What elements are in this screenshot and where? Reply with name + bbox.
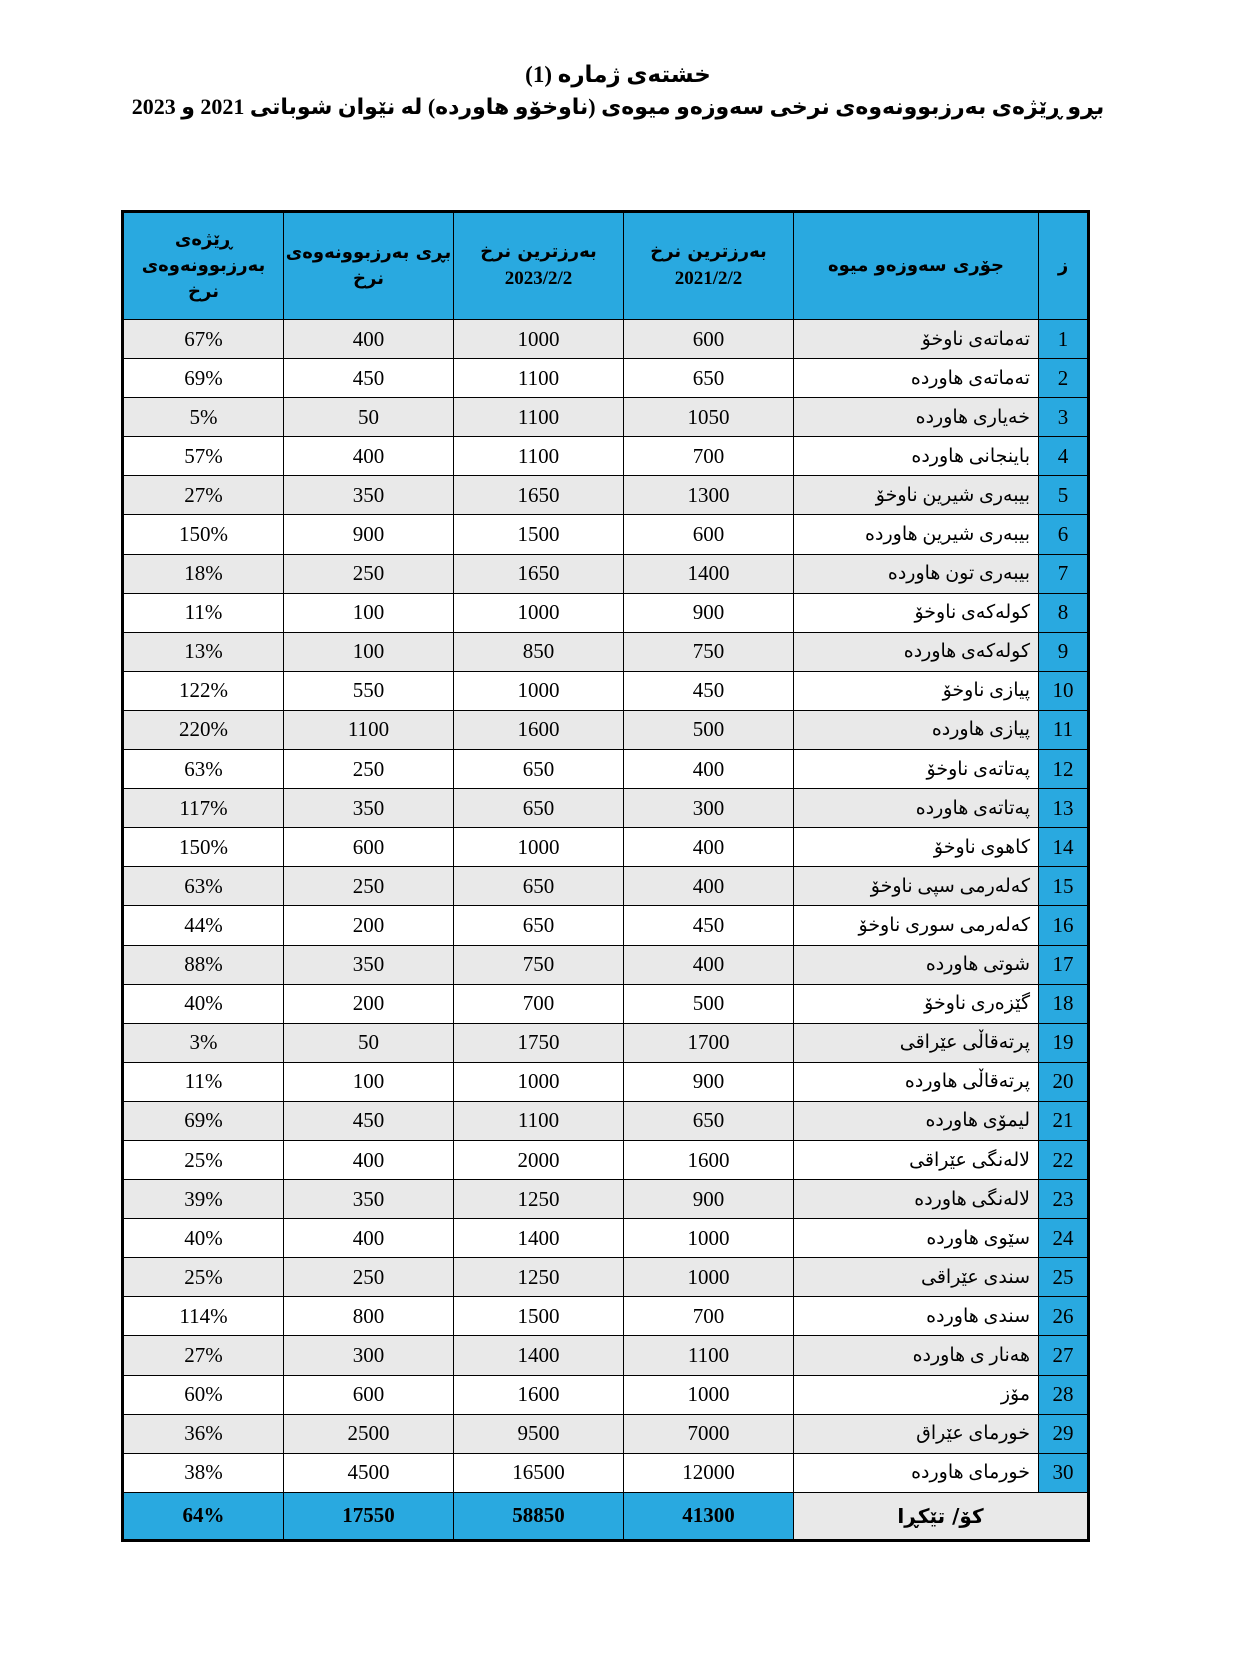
increase-percent: 150% [123, 515, 284, 554]
price-2023: 1000 [454, 828, 624, 867]
increase-percent: 69% [123, 1101, 284, 1140]
item-name: سێوی هاورده [794, 1219, 1039, 1258]
table-row: 11پیازی هاورده50016001100220% [123, 710, 1089, 749]
increase-amount: 600 [284, 828, 454, 867]
total-row: کۆ/ تێکڕا 41300 58850 17550 64% [123, 1492, 1089, 1540]
price-2023: 1000 [454, 671, 624, 710]
row-number: 26 [1039, 1297, 1089, 1336]
table-row: 24سێوی هاورده1000140040040% [123, 1219, 1089, 1258]
row-number: 4 [1039, 437, 1089, 476]
header-price-2023: بەرزترین نرخ 2023/2/2 [454, 212, 624, 320]
table-row: 13پەتاتەی هاورده300650350117% [123, 789, 1089, 828]
price-2021: 650 [624, 1101, 794, 1140]
item-name: کەلەرمی سوری ناوخۆ [794, 906, 1039, 945]
price-2023: 1500 [454, 515, 624, 554]
price-2023: 1000 [454, 320, 624, 359]
table-row: 5بیبەری شیرین ناوخۆ1300165035027% [123, 476, 1089, 515]
row-number: 13 [1039, 789, 1089, 828]
table-row: 22لالەنگی عێراقی1600200040025% [123, 1140, 1089, 1179]
increase-amount: 550 [284, 671, 454, 710]
row-number: 16 [1039, 906, 1089, 945]
price-2023: 650 [454, 906, 624, 945]
increase-percent: 122% [123, 671, 284, 710]
item-name: پیازی هاورده [794, 710, 1039, 749]
increase-amount: 250 [284, 1258, 454, 1297]
item-name: پیازی ناوخۆ [794, 671, 1039, 710]
header-price-2021-date: 2021/2/2 [624, 265, 793, 293]
row-number: 3 [1039, 398, 1089, 437]
table-row: 25سندی عێراقی1000125025025% [123, 1258, 1089, 1297]
price-2023: 1100 [454, 359, 624, 398]
increase-percent: 44% [123, 906, 284, 945]
increase-amount: 350 [284, 1180, 454, 1219]
price-2021: 300 [624, 789, 794, 828]
price-2023: 1100 [454, 398, 624, 437]
row-number: 5 [1039, 476, 1089, 515]
increase-percent: 40% [123, 984, 284, 1023]
table-row: 10پیازی ناوخۆ4501000550122% [123, 671, 1089, 710]
table-row: 26سندی هاورده7001500800114% [123, 1297, 1089, 1336]
row-number: 10 [1039, 671, 1089, 710]
increase-amount: 250 [284, 867, 454, 906]
price-2023: 1500 [454, 1297, 624, 1336]
increase-amount: 350 [284, 789, 454, 828]
row-number: 25 [1039, 1258, 1089, 1297]
increase-amount: 350 [284, 476, 454, 515]
increase-percent: 60% [123, 1375, 284, 1414]
item-name: پەتاتەی هاورده [794, 789, 1039, 828]
price-2021: 900 [624, 593, 794, 632]
price-2023: 1600 [454, 710, 624, 749]
increase-amount: 400 [284, 1219, 454, 1258]
row-number: 7 [1039, 554, 1089, 593]
header-increase-percent: ڕێژەی بەرزبوونەوەی نرخ [123, 212, 284, 320]
increase-percent: 63% [123, 750, 284, 789]
price-2023: 1400 [454, 1219, 624, 1258]
table-row: 3خەیاری هاورده10501100505% [123, 398, 1089, 437]
total-label: کۆ/ تێکڕا [794, 1492, 1089, 1540]
row-number: 23 [1039, 1180, 1089, 1219]
increase-percent: 38% [123, 1453, 284, 1492]
increase-amount: 400 [284, 320, 454, 359]
item-name: خەیاری هاورده [794, 398, 1039, 437]
item-name: پەتاتەی ناوخۆ [794, 750, 1039, 789]
row-number: 27 [1039, 1336, 1089, 1375]
table-row: 20پرتەقاڵی هاورده900100010011% [123, 1062, 1089, 1101]
row-number: 30 [1039, 1453, 1089, 1492]
price-2021: 450 [624, 671, 794, 710]
price-2021: 900 [624, 1062, 794, 1101]
row-number: 1 [1039, 320, 1089, 359]
price-2023: 1750 [454, 1023, 624, 1062]
row-number: 20 [1039, 1062, 1089, 1101]
page-subtitle: بڕو ڕێژەی بەرزبوونەوەی نرخی سەوزەو میوەی… [0, 94, 1236, 120]
item-name: خورمای عێراق [794, 1414, 1039, 1453]
increase-amount: 50 [284, 1023, 454, 1062]
increase-percent: 117% [123, 789, 284, 828]
item-name: بیبەری تون هاورده [794, 554, 1039, 593]
price-2021: 600 [624, 320, 794, 359]
increase-percent: 27% [123, 1336, 284, 1375]
price-comparison-table: ز جۆری سەوزەو میوه بەرزترین نرخ 2021/2/2… [121, 210, 1090, 1542]
increase-percent: 220% [123, 710, 284, 749]
price-2023: 1100 [454, 437, 624, 476]
row-number: 2 [1039, 359, 1089, 398]
increase-percent: 11% [123, 593, 284, 632]
price-2021: 700 [624, 437, 794, 476]
price-2023: 1650 [454, 476, 624, 515]
table-row: 9کولەکەی هاورده75085010013% [123, 632, 1089, 671]
increase-amount: 350 [284, 945, 454, 984]
table-row: 8کولەکەی ناوخۆ900100010011% [123, 593, 1089, 632]
price-2023: 16500 [454, 1453, 624, 1492]
item-name: تەماتەی هاورده [794, 359, 1039, 398]
item-name: پرتەقاڵی عێراقی [794, 1023, 1039, 1062]
item-name: سندی عێراقی [794, 1258, 1039, 1297]
item-name: گێزەری ناوخۆ [794, 984, 1039, 1023]
item-name: کولەکەی هاورده [794, 632, 1039, 671]
row-number: 29 [1039, 1414, 1089, 1453]
table-row: 18گێزەری ناوخۆ50070020040% [123, 984, 1089, 1023]
price-2021: 1100 [624, 1336, 794, 1375]
header-increase-amount: بڕی بەرزبوونەوەی نرخ [284, 212, 454, 320]
price-2023: 750 [454, 945, 624, 984]
table-row: 15کەلەرمی سپی ناوخۆ40065025063% [123, 867, 1089, 906]
price-2023: 1600 [454, 1375, 624, 1414]
price-2021: 650 [624, 359, 794, 398]
table-row: 12پەتاتەی ناوخۆ40065025063% [123, 750, 1089, 789]
increase-amount: 400 [284, 1140, 454, 1179]
increase-percent: 5% [123, 398, 284, 437]
price-2021: 750 [624, 632, 794, 671]
increase-percent: 69% [123, 359, 284, 398]
price-2023: 1000 [454, 1062, 624, 1101]
header-price-2021: بەرزترین نرخ 2021/2/2 [624, 212, 794, 320]
total-increase-percent: 64% [123, 1492, 284, 1540]
row-number: 15 [1039, 867, 1089, 906]
total-price-2021: 41300 [624, 1492, 794, 1540]
price-2021: 1600 [624, 1140, 794, 1179]
table-row: 21لیمۆی هاورده650110045069% [123, 1101, 1089, 1140]
increase-amount: 50 [284, 398, 454, 437]
price-2021: 450 [624, 906, 794, 945]
increase-percent: 11% [123, 1062, 284, 1101]
row-number: 11 [1039, 710, 1089, 749]
price-2021: 400 [624, 750, 794, 789]
price-2021: 1000 [624, 1219, 794, 1258]
increase-percent: 25% [123, 1258, 284, 1297]
table-row: 2تەماتەی هاورده650110045069% [123, 359, 1089, 398]
price-2023: 1400 [454, 1336, 624, 1375]
increase-percent: 63% [123, 867, 284, 906]
table-row: 14کاهوی ناوخۆ4001000600150% [123, 828, 1089, 867]
item-name: مۆز [794, 1375, 1039, 1414]
table-row: 29خورمای عێراق70009500250036% [123, 1414, 1089, 1453]
increase-amount: 400 [284, 437, 454, 476]
item-name: خورمای هاورده [794, 1453, 1039, 1492]
table-footer: کۆ/ تێکڕا 41300 58850 17550 64% [123, 1492, 1089, 1540]
increase-amount: 800 [284, 1297, 454, 1336]
increase-percent: 88% [123, 945, 284, 984]
price-2021: 1400 [624, 554, 794, 593]
increase-percent: 13% [123, 632, 284, 671]
item-name: بیبەری شیرین ناوخۆ [794, 476, 1039, 515]
increase-percent: 3% [123, 1023, 284, 1062]
table-header-row: ز جۆری سەوزەو میوه بەرزترین نرخ 2021/2/2… [123, 212, 1089, 320]
price-2021: 1000 [624, 1375, 794, 1414]
increase-amount: 2500 [284, 1414, 454, 1453]
price-2023: 1650 [454, 554, 624, 593]
increase-percent: 150% [123, 828, 284, 867]
total-price-2023: 58850 [454, 1492, 624, 1540]
row-number: 21 [1039, 1101, 1089, 1140]
increase-percent: 25% [123, 1140, 284, 1179]
header-price-2023-date: 2023/2/2 [454, 265, 623, 293]
price-2023: 2000 [454, 1140, 624, 1179]
table-row: 1تەماتەی ناوخۆ600100040067% [123, 320, 1089, 359]
header-price-2023-label: بەرزترین نرخ [454, 239, 623, 265]
item-name: پرتەقاڵی هاورده [794, 1062, 1039, 1101]
table-row: 16کەلەرمی سوری ناوخۆ45065020044% [123, 906, 1089, 945]
increase-amount: 100 [284, 632, 454, 671]
row-number: 14 [1039, 828, 1089, 867]
item-name: تەماتەی ناوخۆ [794, 320, 1039, 359]
increase-percent: 40% [123, 1219, 284, 1258]
price-2021: 700 [624, 1297, 794, 1336]
row-number: 8 [1039, 593, 1089, 632]
increase-percent: 27% [123, 476, 284, 515]
item-name: سندی هاورده [794, 1297, 1039, 1336]
price-2023: 850 [454, 632, 624, 671]
item-name: باینجانی هاورده [794, 437, 1039, 476]
increase-percent: 57% [123, 437, 284, 476]
row-number: 12 [1039, 750, 1089, 789]
header-item-name: جۆری سەوزەو میوه [794, 212, 1039, 320]
row-number: 24 [1039, 1219, 1089, 1258]
increase-amount: 250 [284, 554, 454, 593]
price-2021: 600 [624, 515, 794, 554]
item-name: لالەنگی هاورده [794, 1180, 1039, 1219]
price-2023: 1000 [454, 593, 624, 632]
header-row-number: ز [1039, 212, 1089, 320]
price-2021: 400 [624, 945, 794, 984]
price-2023: 700 [454, 984, 624, 1023]
item-name: کاهوی ناوخۆ [794, 828, 1039, 867]
price-2023: 9500 [454, 1414, 624, 1453]
item-name: کەلەرمی سپی ناوخۆ [794, 867, 1039, 906]
row-number: 9 [1039, 632, 1089, 671]
table-row: 7بیبەری تون هاورده1400165025018% [123, 554, 1089, 593]
price-2021: 1000 [624, 1258, 794, 1297]
table-header: ز جۆری سەوزەو میوه بەرزترین نرخ 2021/2/2… [123, 212, 1089, 320]
increase-percent: 67% [123, 320, 284, 359]
price-2021: 400 [624, 828, 794, 867]
price-2021: 1700 [624, 1023, 794, 1062]
increase-amount: 450 [284, 359, 454, 398]
item-name: بیبەری شیرین هاورده [794, 515, 1039, 554]
table-row: 30خورمای هاورده1200016500450038% [123, 1453, 1089, 1492]
table-row: 27هەنار ی هاورده1100140030027% [123, 1336, 1089, 1375]
increase-percent: 114% [123, 1297, 284, 1336]
increase-amount: 900 [284, 515, 454, 554]
document-page: خشتەی ژماره (1) بڕو ڕێژەی بەرزبوونەوەی ن… [0, 62, 1236, 1662]
table-row: 19پرتەقاڵی عێراقی17001750503% [123, 1023, 1089, 1062]
increase-amount: 600 [284, 1375, 454, 1414]
item-name: شوتی هاورده [794, 945, 1039, 984]
price-2021: 900 [624, 1180, 794, 1219]
table-row: 6بیبەری شیرین هاورده6001500900150% [123, 515, 1089, 554]
increase-amount: 100 [284, 593, 454, 632]
item-name: لیمۆی هاورده [794, 1101, 1039, 1140]
row-number: 6 [1039, 515, 1089, 554]
table-row: 4باینجانی هاورده700110040057% [123, 437, 1089, 476]
price-2023: 1100 [454, 1101, 624, 1140]
price-2021: 500 [624, 984, 794, 1023]
increase-percent: 39% [123, 1180, 284, 1219]
increase-amount: 200 [284, 906, 454, 945]
table-body: 1تەماتەی ناوخۆ600100040067%2تەماتەی هاور… [123, 320, 1089, 1493]
price-2021: 400 [624, 867, 794, 906]
page-title: خشتەی ژماره (1) [0, 62, 1236, 88]
price-2023: 1250 [454, 1258, 624, 1297]
table-row: 28مۆز1000160060060% [123, 1375, 1089, 1414]
increase-amount: 450 [284, 1101, 454, 1140]
item-name: لالەنگی عێراقی [794, 1140, 1039, 1179]
price-2023: 650 [454, 789, 624, 828]
price-2021: 12000 [624, 1453, 794, 1492]
price-2021: 500 [624, 710, 794, 749]
increase-amount: 300 [284, 1336, 454, 1375]
row-number: 28 [1039, 1375, 1089, 1414]
total-increase-amount: 17550 [284, 1492, 454, 1540]
increase-percent: 36% [123, 1414, 284, 1453]
row-number: 22 [1039, 1140, 1089, 1179]
increase-amount: 100 [284, 1062, 454, 1101]
increase-amount: 4500 [284, 1453, 454, 1492]
row-number: 19 [1039, 1023, 1089, 1062]
increase-amount: 250 [284, 750, 454, 789]
price-2023: 650 [454, 750, 624, 789]
price-2023: 1250 [454, 1180, 624, 1219]
price-2023: 650 [454, 867, 624, 906]
row-number: 18 [1039, 984, 1089, 1023]
price-2021: 1050 [624, 398, 794, 437]
table-row: 17شوتی هاورده40075035088% [123, 945, 1089, 984]
row-number: 17 [1039, 945, 1089, 984]
increase-percent: 18% [123, 554, 284, 593]
increase-amount: 200 [284, 984, 454, 1023]
price-2021: 1300 [624, 476, 794, 515]
item-name: کولەکەی ناوخۆ [794, 593, 1039, 632]
price-2021: 7000 [624, 1414, 794, 1453]
table-row: 23لالەنگی هاورده900125035039% [123, 1180, 1089, 1219]
item-name: هەنار ی هاورده [794, 1336, 1039, 1375]
increase-amount: 1100 [284, 710, 454, 749]
header-price-2021-label: بەرزترین نرخ [624, 239, 793, 265]
